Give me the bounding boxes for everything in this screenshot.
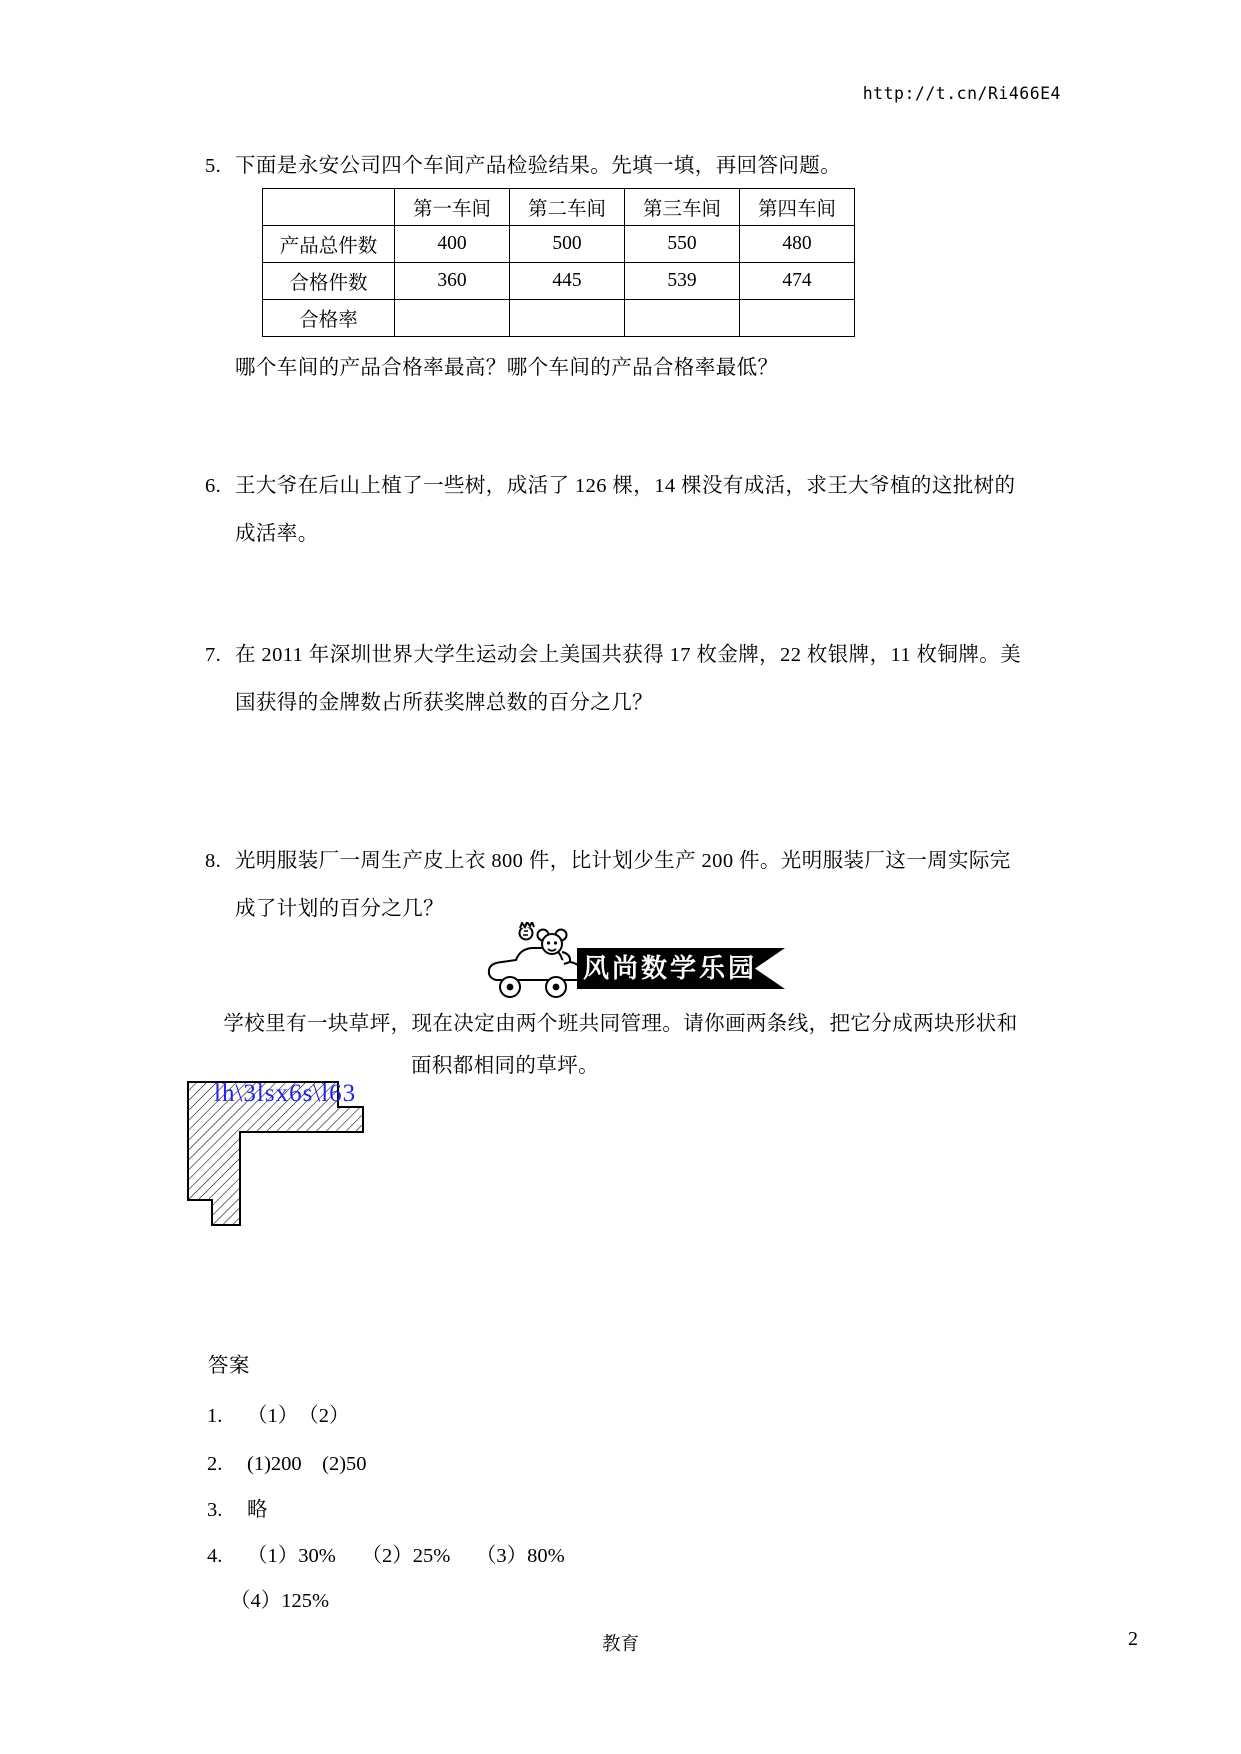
answer-text: （1） （2） [247,1405,350,1427]
table-blank-cell [510,300,625,337]
table-row: 合格件数 360 445 539 474 [263,263,855,300]
table-header-row: 第一车间 第二车间 第三车间 第四车间 [263,189,855,226]
header-short-url: http://t.cn/Ri466E4 [863,84,1061,103]
answer-number: 4. [207,1545,247,1568]
answer-item-2: 2.(1)200 (2)50 [207,1446,367,1476]
question-7-line1: 在 2011 年深圳世界大学生运动会上美国共获得 17 枚金牌，22 枚银牌，1… [235,644,1021,666]
mascot-cartoon-icon [486,922,586,1006]
lawn-task-line2: 面积都相同的草坪。 [0,1048,1010,1078]
question-8-line1: 光明服装厂一周生产皮上衣 800 件，比计划少生产 200 件。光明服装厂这一周… [235,850,1011,872]
question-8-line2: 成了计划的百分之几？ [235,891,444,921]
table-cell: 539 [625,263,740,300]
table-header-cell: 第一车间 [395,189,510,226]
table-cell: 480 [740,226,855,263]
table-blank-cell [625,300,740,337]
question-5-text: 下面是永安公司四个车间产品检验结果。先填一填，再回答问题。 [235,155,841,177]
table-blank-cell [395,300,510,337]
table-row: 产品总件数 400 500 550 480 [263,226,855,263]
answer-text: （1）30% （2）25% （3）80% [247,1545,565,1567]
table-header-cell: 第二车间 [510,189,625,226]
answer-number: 3. [207,1499,247,1522]
table-header-cell [263,189,395,226]
question-8: 8.光明服装厂一周生产皮上衣 800 件，比计划少生产 200 件。光明服装厂这… [205,843,1011,873]
question-5-number: 5. [205,155,235,178]
banner-ribbon: 风尚数学乐园 [577,948,785,989]
question-5-followup: 哪个车间的产品合格率最高？哪个车间的产品合格率最低？ [235,350,778,380]
table-cell: 500 [510,226,625,263]
question-7-line2: 国获得的金牌数占所获奖牌总数的百分之几？ [235,685,653,715]
table-cell: 550 [625,226,740,263]
question-6-line2: 成活率。 [235,516,319,546]
row-label: 产品总件数 [263,226,395,263]
question-5: 5.下面是永安公司四个车间产品检验结果。先填一填，再回答问题。 [205,148,841,178]
question-7-number: 7. [205,644,235,667]
table-cell: 400 [395,226,510,263]
table-row: 合格率 [263,300,855,337]
answer-item-3: 3.略 [207,1492,268,1522]
question-7: 7.在 2011 年深圳世界大学生运动会上美国共获得 17 枚金牌，22 枚银牌… [205,637,1021,667]
row-label: 合格率 [263,300,395,337]
question-6-line1: 王大爷在后山上植了一些树，成活了 126 棵，14 棵没有成活，求王大爷植的这批… [235,475,1015,497]
table-blank-cell [740,300,855,337]
worksheet-page: http://t.cn/Ri466E4 5.下面是永安公司四个车间产品检验结果。… [0,0,1241,1754]
answer-item-4-continued: （4）125% [230,1583,329,1613]
answer-number: 1. [207,1405,247,1428]
answer-number: 2. [207,1453,247,1476]
watermark-text: lh\3lsx6s\l63 [214,1080,356,1108]
answer-text: （4）125% [230,1590,329,1612]
table-cell: 360 [395,263,510,300]
table-cell: 474 [740,263,855,300]
banner-title: 风尚数学乐园 [583,953,757,983]
table-header-cell: 第三车间 [625,189,740,226]
table-cell: 445 [510,263,625,300]
answer-item-1: 1.（1） （2） [207,1398,350,1428]
question-8-number: 8. [205,850,235,873]
question-6: 6.王大爷在后山上植了一些树，成活了 126 棵，14 棵没有成活，求王大爷植的… [205,468,1015,498]
answer-text: (1)200 (2)50 [247,1453,367,1475]
footer-label: 教育 [0,1630,1241,1656]
answers-title: 答案 [208,1348,250,1378]
answer-item-4: 4.（1）30% （2）25% （3）80% [207,1538,565,1568]
row-label: 合格件数 [263,263,395,300]
table-header-cell: 第四车间 [740,189,855,226]
lawn-task-line1: 学校里有一块草坪，现在决定由两个班共同管理。请你画两条线，把它分成两块形状和 [0,1006,1241,1036]
footer-page-number: 2 [1128,1628,1138,1651]
question-6-number: 6. [205,475,235,498]
answer-text: 略 [247,1499,268,1521]
inspection-table: 第一车间 第二车间 第三车间 第四车间 产品总件数 400 500 550 48… [262,188,855,337]
